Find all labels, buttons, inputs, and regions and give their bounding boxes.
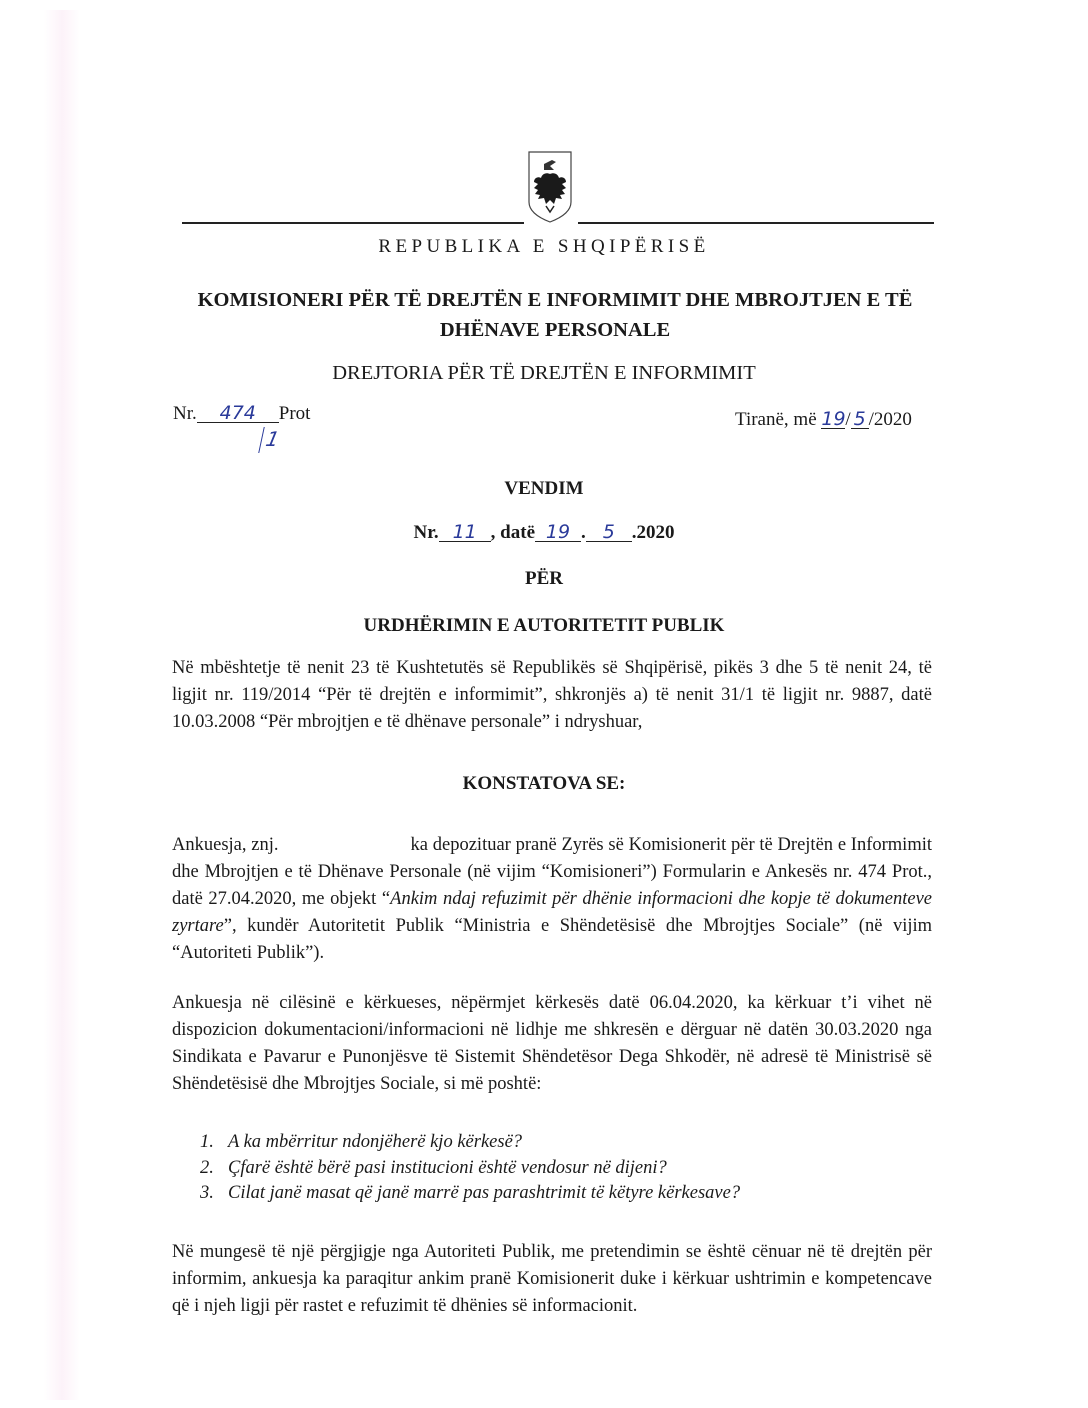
legal-basis-paragraph: Në mbështetje të nenit 23 të Kushtetutës… — [172, 655, 932, 736]
place-date-year: /2020 — [869, 409, 912, 430]
protocol-prefix: Nr. — [173, 403, 197, 424]
header-rule-left — [182, 222, 524, 224]
decision-nr-handwritten: 11 — [439, 523, 491, 542]
list-item-number: 1. — [200, 1130, 228, 1156]
decision-date-prefix: , datë — [491, 522, 535, 543]
list-item: 2.Çfarë është bërë pasi institucioni ësh… — [200, 1156, 740, 1182]
complaint-lead: Ankuesja, znj. — [172, 835, 279, 855]
list-item-number: 2. — [200, 1156, 228, 1182]
list-item: 3.Cilat janë masat që janë marrë pas par… — [200, 1181, 740, 1207]
decision-subject: URDHËRIMIN E AUTORITETIT PUBLIK — [0, 615, 1088, 637]
decision-title: VENDIM — [0, 478, 1088, 500]
request-paragraph: Ankuesja në cilësinë e kërkueses, nëpërm… — [172, 990, 932, 1098]
albanian-coat-of-arms-icon — [526, 150, 574, 224]
decision-per: PËR — [0, 568, 1088, 590]
decision-year: .2020 — [632, 522, 675, 543]
list-item-text: A ka mbërritur ndonjëherë kjo kërkesë? — [228, 1130, 522, 1156]
findings-heading: KONSTATOVA SE: — [0, 773, 1088, 795]
list-item-text: Cilat janë masat që janë marrë pas paras… — [228, 1181, 740, 1207]
scan-bleed-through — [44, 10, 80, 1400]
place-date-day: 19 — [821, 410, 845, 429]
decision-number-date: Nr.11, datë19.5.2020 — [0, 522, 1088, 544]
place-date: Tiranë, më 19/5/2020 — [735, 409, 912, 431]
country-heading: REPUBLIKA E SHQIPËRISË — [0, 236, 1088, 258]
institution-heading: KOMISIONERI PËR TË DREJTËN E INFORMIMIT … — [160, 285, 950, 345]
decision-day-handwritten: 19 — [535, 523, 581, 542]
list-item-text: Çfarë është bërë pasi institucioni është… — [228, 1156, 667, 1182]
protocol-sub-handwritten: 1 — [258, 427, 281, 453]
complaint-paragraph: Ankuesja, znj.ka depozituar pranë Zyrës … — [172, 832, 932, 967]
directorate-heading: DREJTORIA PËR TË DREJTËN E INFORMIMIT — [0, 362, 1088, 385]
place-date-month: 5 — [851, 410, 869, 429]
list-item-number: 3. — [200, 1181, 228, 1207]
protocol-number: Nr.474Prot 1 — [173, 403, 310, 425]
place-date-prefix: Tiranë, më — [735, 409, 817, 430]
absence-paragraph: Në mungesë të një përgjigje nga Autorite… — [172, 1239, 932, 1320]
list-item: 1.A ka mbërritur ndonjëherë kjo kërkesë? — [200, 1130, 740, 1156]
complaint-text-b: ”, kundër Autoritetit Publik “Ministria … — [172, 916, 932, 963]
decision-nr-prefix: Nr. — [414, 522, 439, 543]
protocol-suffix: Prot — [279, 403, 311, 424]
decision-month-handwritten: 5 — [586, 523, 632, 542]
protocol-number-handwritten: 474 — [197, 404, 279, 423]
header-rule-right — [578, 222, 934, 224]
questions-list: 1.A ka mbërritur ndonjëherë kjo kërkesë?… — [200, 1130, 740, 1207]
